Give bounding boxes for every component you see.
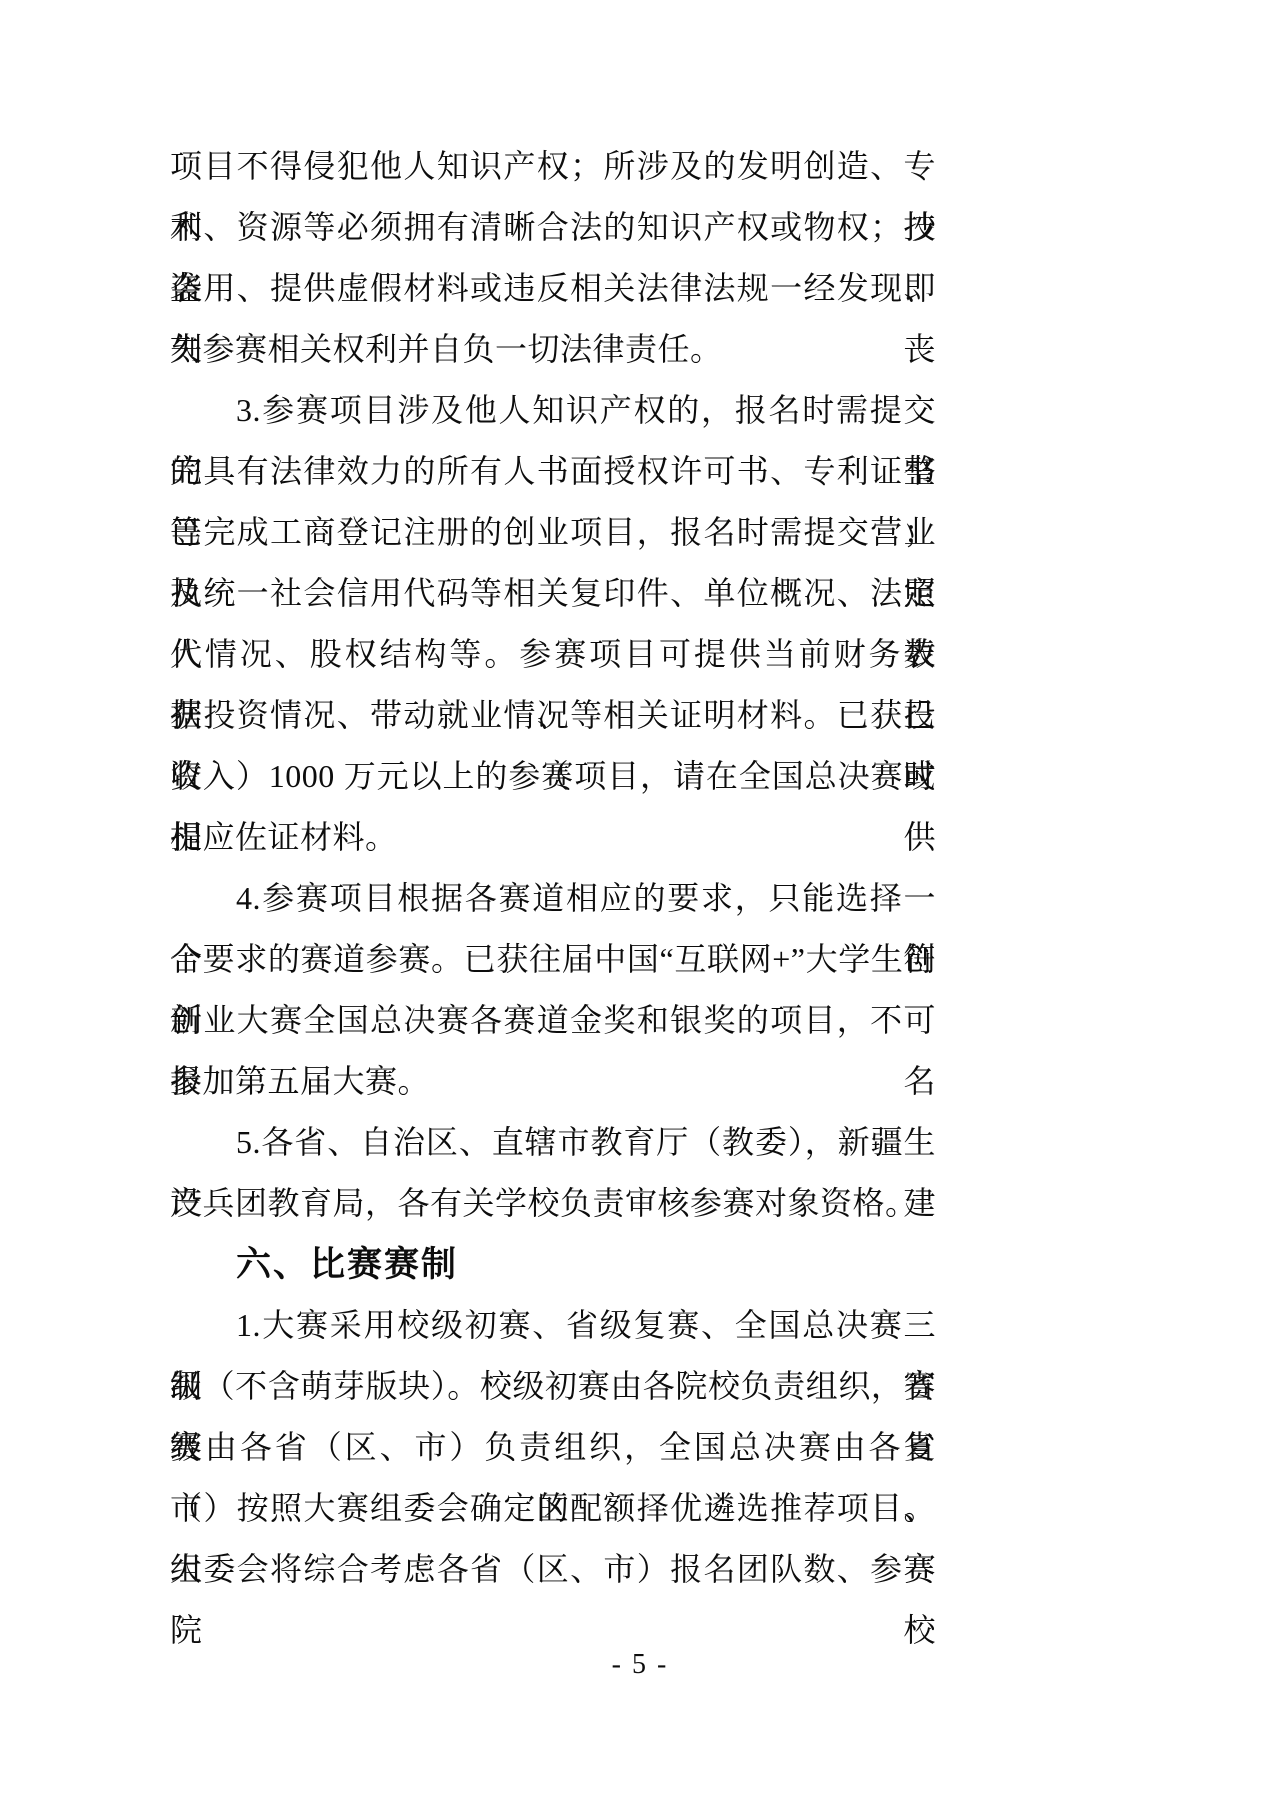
text-line: 市）按照大赛组委会确定的配额择优遴选推荐项目。大赛	[170, 1478, 936, 1539]
text-line: 术、资源等必须拥有清晰合法的知识产权或物权；抄袭、	[170, 197, 936, 258]
text-line: 4.参赛项目根据各赛道相应的要求，只能选择一个符	[170, 868, 936, 929]
text-line: 设兵团教育局，各有关学校负责审核参赛对象资格。	[170, 1173, 936, 1234]
page-number: - 5 -	[0, 1645, 1280, 1685]
text-line: 获投资情况、带动就业情况等相关证明材料。已获投资（或	[170, 685, 936, 746]
text-line: 5.各省、自治区、直辖市教育厅（教委），新疆生产建	[170, 1112, 936, 1173]
text-line: 1.大赛采用校级初赛、省级复赛、全国总决赛三级赛	[170, 1295, 936, 1356]
text-line: 的具有法律效力的所有人书面授权许可书、专利证书等；	[170, 441, 936, 502]
section-heading: 六、比赛赛制	[170, 1234, 936, 1295]
document-body: 项目不得侵犯他人知识产权；所涉及的发明创造、专利技 术、资源等必须拥有清晰合法的…	[170, 136, 936, 1600]
text-line: 组委会将综合考虑各省（区、市）报名团队数、参赛院校	[170, 1539, 936, 1600]
text-line: 盗用、提供虚假材料或违反相关法律法规一经发现即刻丧	[170, 258, 936, 319]
text-line: 赛由各省（区、市）负责组织，全国总决赛由各省（区、	[170, 1417, 936, 1478]
text-line: 项目不得侵犯他人知识产权；所涉及的发明创造、专利技	[170, 136, 936, 197]
document-page: 项目不得侵犯他人知识产权；所涉及的发明创造、专利技 术、资源等必须拥有清晰合法的…	[0, 0, 1280, 1810]
text-line: 合要求的赛道参赛。已获往届中国“互联网+”大学生创新	[170, 929, 936, 990]
text-line: 制（不含萌芽版块）。校级初赛由各院校负责组织，省级复	[170, 1356, 936, 1417]
text-line: 3.参赛项目涉及他人知识产权的，报名时需提交完整	[170, 380, 936, 441]
text-line: 及统一社会信用代码等相关复印件、单位概况、法定代表	[170, 563, 936, 624]
text-line: 已完成工商登记注册的创业项目，报名时需提交营业执照	[170, 502, 936, 563]
text-line: 创业大赛全国总决赛各赛道金奖和银奖的项目，不可报名	[170, 990, 936, 1051]
text-line: 收入）1000 万元以上的参赛项目，请在全国总决赛时提供	[170, 746, 936, 807]
text-line: 人情况、股权结构等。参赛项目可提供当前财务数据、已	[170, 624, 936, 685]
